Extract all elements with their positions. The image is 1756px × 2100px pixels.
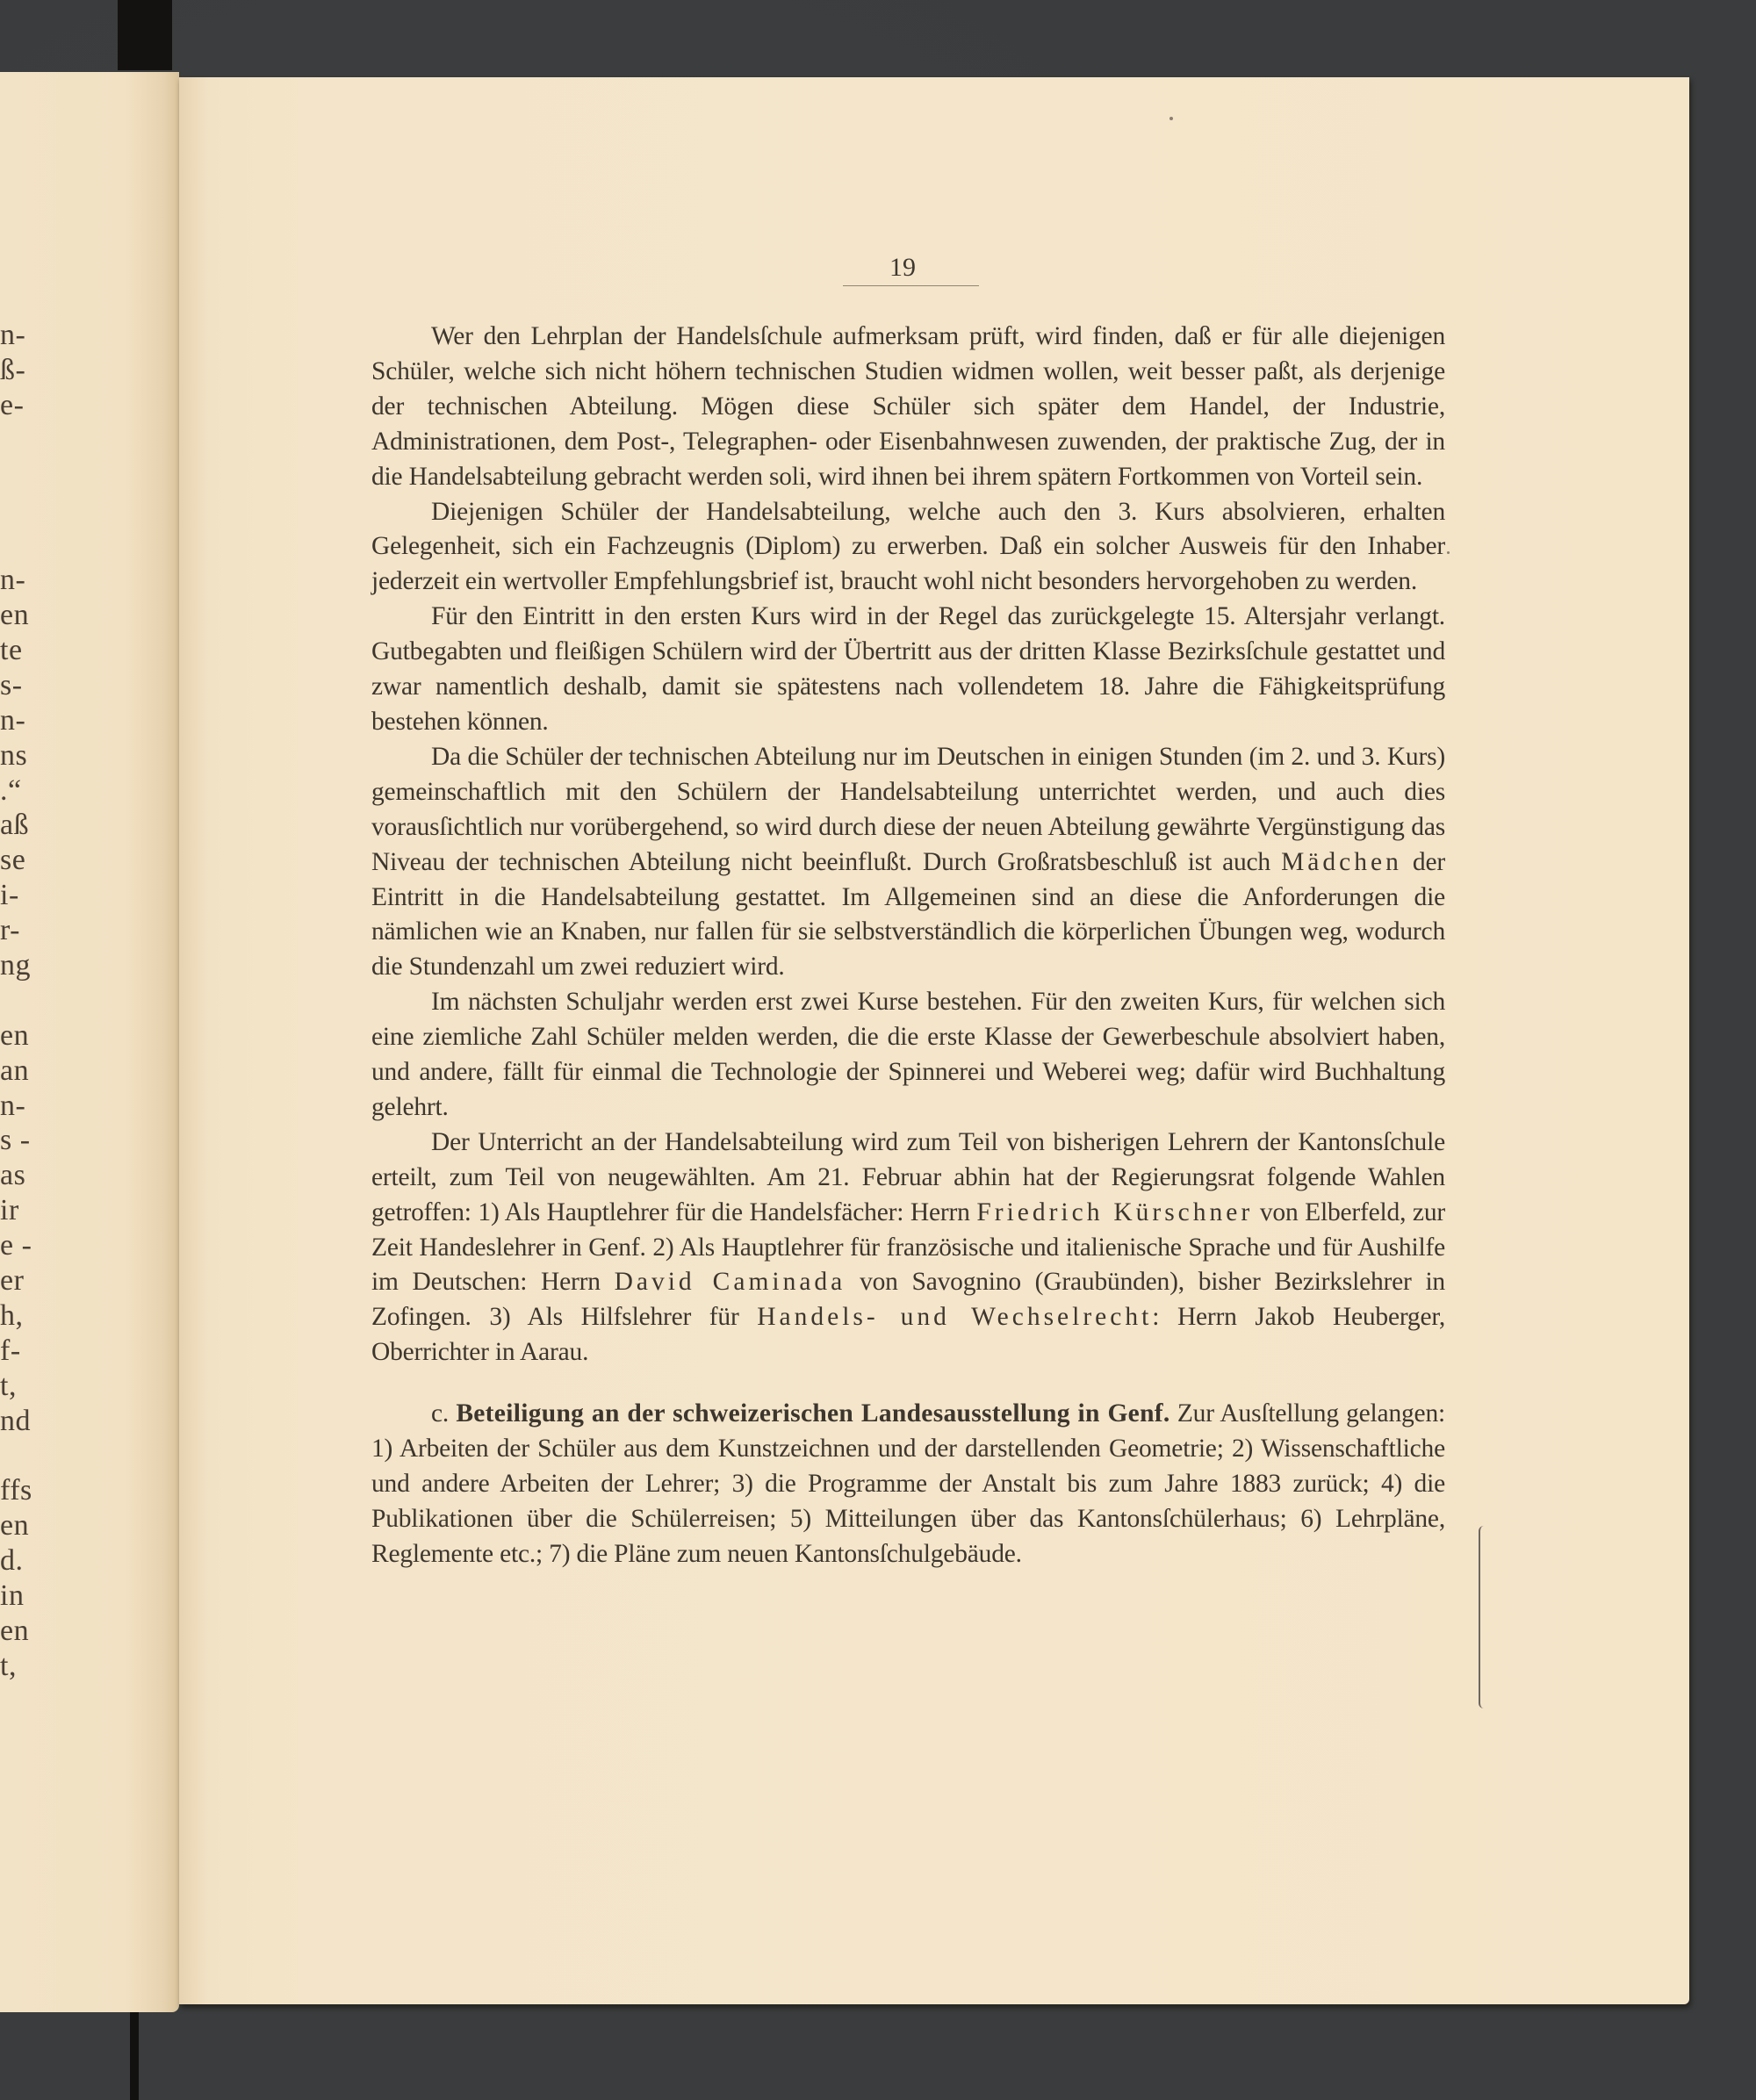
left-margin-fragment: ir: [0, 1193, 53, 1228]
paper-speck: [1447, 551, 1450, 554]
left-margin-fragment: ffs: [0, 1473, 53, 1508]
left-margin-fragment: [0, 1439, 53, 1474]
left-margin-fragment: aß: [0, 808, 53, 843]
paper-speck: [1169, 117, 1173, 120]
left-margin-fragment: f-: [0, 1334, 53, 1369]
left-margin-fragment: n-: [0, 318, 53, 353]
left-margin-fragment: h,: [0, 1298, 53, 1334]
left-margin-fragment: er: [0, 1263, 53, 1298]
spine-strip-bottom: [130, 2012, 139, 2100]
left-margin-fragment: e -: [0, 1228, 53, 1263]
section-label: c.: [431, 1399, 449, 1428]
left-margin-fragment: [0, 983, 53, 1018]
left-margin-fragment: ng: [0, 948, 53, 983]
page-number: 19: [867, 253, 938, 283]
paragraph-diplom: Diejenigen Schüler der Handelsabteilung,…: [371, 495, 1445, 601]
spaced-subject-recht: Handels- und Wechselrecht: [757, 1303, 1152, 1331]
spaced-name-kuerschner: Friedrich Kürschner: [976, 1198, 1253, 1226]
left-margin-fragment: en: [0, 1508, 53, 1543]
left-margin-fragment: an: [0, 1054, 53, 1089]
left-margin-fragment: en: [0, 1614, 53, 1649]
paragraph-eintritt: Für den Eintritt in den ersten Kurs wird…: [371, 600, 1445, 740]
left-margin-fragment: t,: [0, 1649, 53, 1684]
left-margin-fragment: ß-: [0, 353, 53, 388]
paragraph-technische-abteilung: Da die Schüler der technischen Abteilung…: [371, 740, 1445, 985]
left-margin-fragment: s -: [0, 1123, 53, 1158]
left-margin-fragment: in: [0, 1579, 53, 1614]
left-margin-fragment: s-: [0, 668, 53, 703]
left-margin-fragment: n-: [0, 1089, 53, 1124]
paragraph-schuljahr: Im nächsten Schuljahr werden erst zwei K…: [371, 985, 1445, 1126]
left-margin-fragment: n-: [0, 563, 53, 598]
spine-strip-top: [118, 0, 172, 70]
body-text: Wer den Lehrplan der Handelsſchule aufme…: [371, 320, 1445, 1572]
left-margin-fragment: [0, 423, 53, 458]
left-margin-fragment: e-: [0, 388, 53, 423]
left-margin-fragment: t,: [0, 1369, 53, 1404]
spaced-name-caminada: David Caminada: [615, 1268, 846, 1296]
page-number-rule: [843, 285, 979, 286]
left-margin-fragment: d.: [0, 1543, 53, 1579]
left-margin-fragment: as: [0, 1158, 53, 1193]
left-margin-fragment: n-: [0, 703, 53, 738]
spaced-word-maedchen: Mädchen: [1281, 848, 1402, 876]
left-margin-fragment: [0, 493, 53, 528]
section-heading: Beteiligung an der schweizerischen Lande…: [456, 1399, 1169, 1428]
section-c-landesausstellung: c. Beteiligung an der schweizerischen La…: [371, 1397, 1445, 1572]
pencil-margin-bracket: [1479, 1526, 1489, 1708]
left-page-margin-text: n-ß-e-n-entes-n-ns.“aßsei-r-ngenann-s -a…: [0, 318, 53, 1684]
left-margin-fragment: [0, 458, 53, 493]
left-margin-fragment: .“: [0, 773, 53, 809]
left-margin-fragment: en: [0, 598, 53, 633]
left-page: n-ß-e-n-entes-n-ns.“aßsei-r-ngenann-s -a…: [0, 72, 179, 2012]
left-margin-fragment: [0, 528, 53, 563]
left-margin-fragment: se: [0, 843, 53, 878]
left-margin-fragment: nd: [0, 1404, 53, 1439]
left-margin-fragment: i-: [0, 878, 53, 913]
left-margin-fragment: r-: [0, 913, 53, 948]
left-margin-fragment: ns: [0, 738, 53, 773]
paragraph-lehrplan: Wer den Lehrplan der Handelsſchule aufme…: [371, 320, 1445, 495]
left-margin-fragment: te: [0, 633, 53, 668]
left-margin-fragment: en: [0, 1018, 53, 1054]
paragraph-unterricht-wahlen: Der Unterricht an der Handelsabteilung w…: [371, 1126, 1445, 1370]
